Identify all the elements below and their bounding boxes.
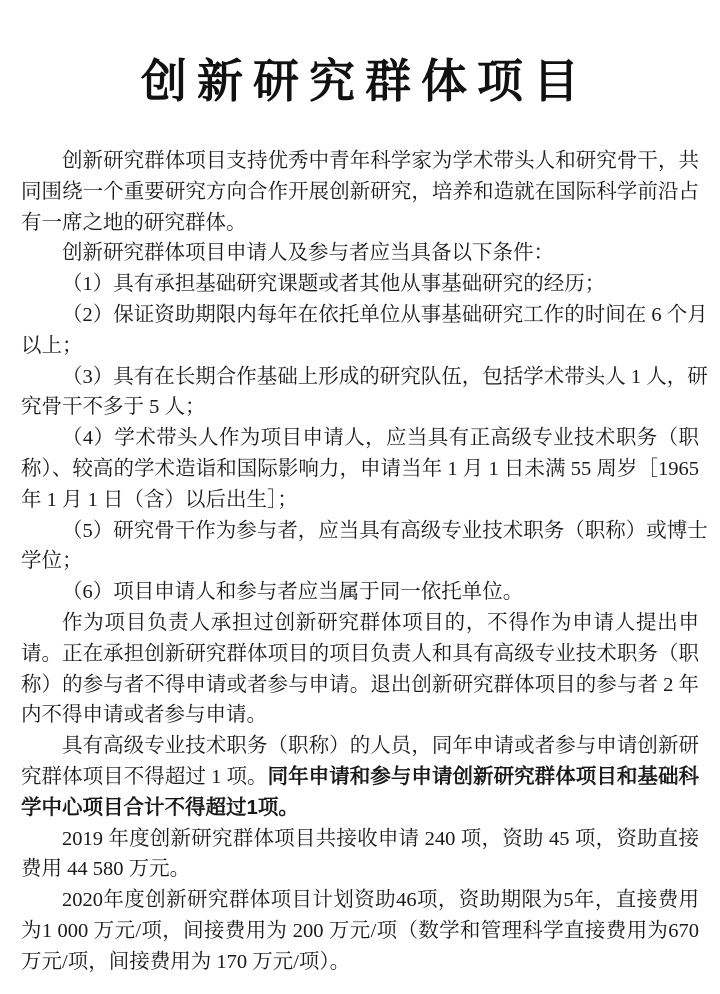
text-segment: （6）项目申请人和参与者应当属于同一依托单位。 xyxy=(62,581,523,603)
text-segment: 2020年度创新研究群体项目计划资助46项，资助期限为5年，直接费用 xyxy=(62,889,699,911)
text-segment: 作为项目负责人承担过创新研究群体项目的，不得作为申请人提出申 xyxy=(62,612,699,634)
text-segment: 同围绕一个重要研究方向合作开展创新研究，培养和造就在国际科学前沿占 xyxy=(21,181,699,203)
text-segment: 称）的参与者不得申请或者参与申请。退出创新研究群体项目的参与者 2 年 xyxy=(21,674,699,696)
text-line: 具有高级专业技术职务（职称）的人员，同年申请或者参与申请创新研 xyxy=(21,731,699,762)
text-segment: 具有高级专业技术职务（职称）的人员，同年申请或者参与申请创新研 xyxy=(62,735,699,757)
text-segment: 2019 年度创新研究群体项目共接收申请 240 项，资助 45 项，资助直接 xyxy=(62,828,699,850)
document-title: 创新研究群体项目 xyxy=(21,52,699,112)
text-line: 内不得申请或者参与申请。 xyxy=(21,700,699,731)
text-segment: 称）、较高的学术造诣和国际影响力，申请当年 1 月 1 日未满 55 周岁［19… xyxy=(21,458,699,480)
text-segment: 为1 000 万元/项，间接费用为 200 万元/项（数学和管理科学直接费用为6… xyxy=(21,920,699,942)
text-line: 费用 44 580 万元。 xyxy=(21,854,699,885)
text-line: 请。正在承担创新研究群体项目的项目负责人和具有高级专业技术职务（职 xyxy=(21,639,699,670)
text-segment: 内不得申请或者参与申请。 xyxy=(21,704,267,726)
text-segment: 有一席之地的研究群体。 xyxy=(21,212,247,234)
text-line: （5）研究骨干作为参与者，应当具有高级专业技术职务（职称）或博士 xyxy=(21,516,699,547)
text-segment: （2）保证资助期限内每年在依托单位从事基础研究工作的时间在 6 个月 xyxy=(62,304,708,326)
text-line: 创新研究群体项目支持优秀中青年科学家为学术带头人和研究骨干，共 xyxy=(21,146,699,177)
text-segment: 究群体项目不得超过 1 项。 xyxy=(21,766,268,788)
text-segment: 年 1 月 1 日（含）以后出生］； xyxy=(21,489,298,511)
text-line: （2）保证资助期限内每年在依托单位从事基础研究工作的时间在 6 个月 xyxy=(21,300,699,331)
text-segment: 万元/项，间接费用为 170 万元/项）。 xyxy=(21,951,350,973)
text-line: 创新研究群体项目申请人及参与者应当具备以下条件： xyxy=(21,238,699,269)
text-line: 作为项目负责人承担过创新研究群体项目的，不得作为申请人提出申 xyxy=(21,608,699,639)
text-line: 2020年度创新研究群体项目计划资助46项，资助期限为5年，直接费用 xyxy=(21,885,699,916)
text-line: 2019 年度创新研究群体项目共接收申请 240 项，资助 45 项，资助直接 xyxy=(21,824,699,855)
text-segment: 究骨干不多于 5 人； xyxy=(21,396,206,418)
text-line: 万元/项，间接费用为 170 万元/项）。 xyxy=(21,947,699,978)
text-line: 为1 000 万元/项，间接费用为 200 万元/项（数学和管理科学直接费用为6… xyxy=(21,916,699,947)
text-line: 以上； xyxy=(21,331,699,362)
text-line: 年 1 月 1 日（含）以后出生］； xyxy=(21,485,699,516)
text-line: 学位； xyxy=(21,546,699,577)
text-line: 同围绕一个重要研究方向合作开展创新研究，培养和造就在国际科学前沿占 xyxy=(21,177,699,208)
text-segment: 请。正在承担创新研究群体项目的项目负责人和具有高级专业技术职务（职 xyxy=(21,643,699,665)
document-page: 创新研究群体项目 创新研究群体项目支持优秀中青年科学家为学术带头人和研究骨干，共… xyxy=(0,0,720,994)
text-line: （4）学术带头人作为项目申请人，应当具有正高级专业技术职务（职 xyxy=(21,423,699,454)
text-segment: （3）具有在长期合作基础上形成的研究队伍，包括学术带头人 1 人，研 xyxy=(62,366,708,388)
bold-text-segment: 学中心项目合计不得超过1项。 xyxy=(21,796,299,819)
bold-text-segment: 同年申请和参与申请创新研究群体项目和基础科 xyxy=(268,765,699,788)
text-segment: （4）学术带头人作为项目申请人，应当具有正高级专业技术职务（职 xyxy=(62,427,699,449)
text-line: 有一席之地的研究群体。 xyxy=(21,208,699,239)
text-line: 称）的参与者不得申请或者参与申请。退出创新研究群体项目的参与者 2 年 xyxy=(21,670,699,701)
text-segment: 创新研究群体项目申请人及参与者应当具备以下条件： xyxy=(62,242,554,264)
text-segment: 创新研究群体项目支持优秀中青年科学家为学术带头人和研究骨干，共 xyxy=(62,150,699,172)
text-segment: 费用 44 580 万元。 xyxy=(21,858,190,880)
text-line: 究群体项目不得超过 1 项。同年申请和参与申请创新研究群体项目和基础科 xyxy=(21,762,699,793)
document-body: 创新研究群体项目支持优秀中青年科学家为学术带头人和研究骨干，共同围绕一个重要研究… xyxy=(21,146,699,978)
text-line: （1）具有承担基础研究课题或者其他从事基础研究的经历； xyxy=(21,269,699,300)
text-line: 称）、较高的学术造诣和国际影响力，申请当年 1 月 1 日未满 55 周岁［19… xyxy=(21,454,699,485)
text-segment: 学位； xyxy=(21,550,83,572)
text-line: 学中心项目合计不得超过1项。 xyxy=(21,793,699,824)
text-line: 究骨干不多于 5 人； xyxy=(21,392,699,423)
text-segment: （1）具有承担基础研究课题或者其他从事基础研究的经历； xyxy=(62,273,605,295)
text-segment: 以上； xyxy=(21,335,83,357)
text-line: （6）项目申请人和参与者应当属于同一依托单位。 xyxy=(21,577,699,608)
text-line: （3）具有在长期合作基础上形成的研究队伍，包括学术带头人 1 人，研 xyxy=(21,362,699,393)
text-segment: （5）研究骨干作为参与者，应当具有高级专业技术职务（职称）或博士 xyxy=(62,520,708,542)
